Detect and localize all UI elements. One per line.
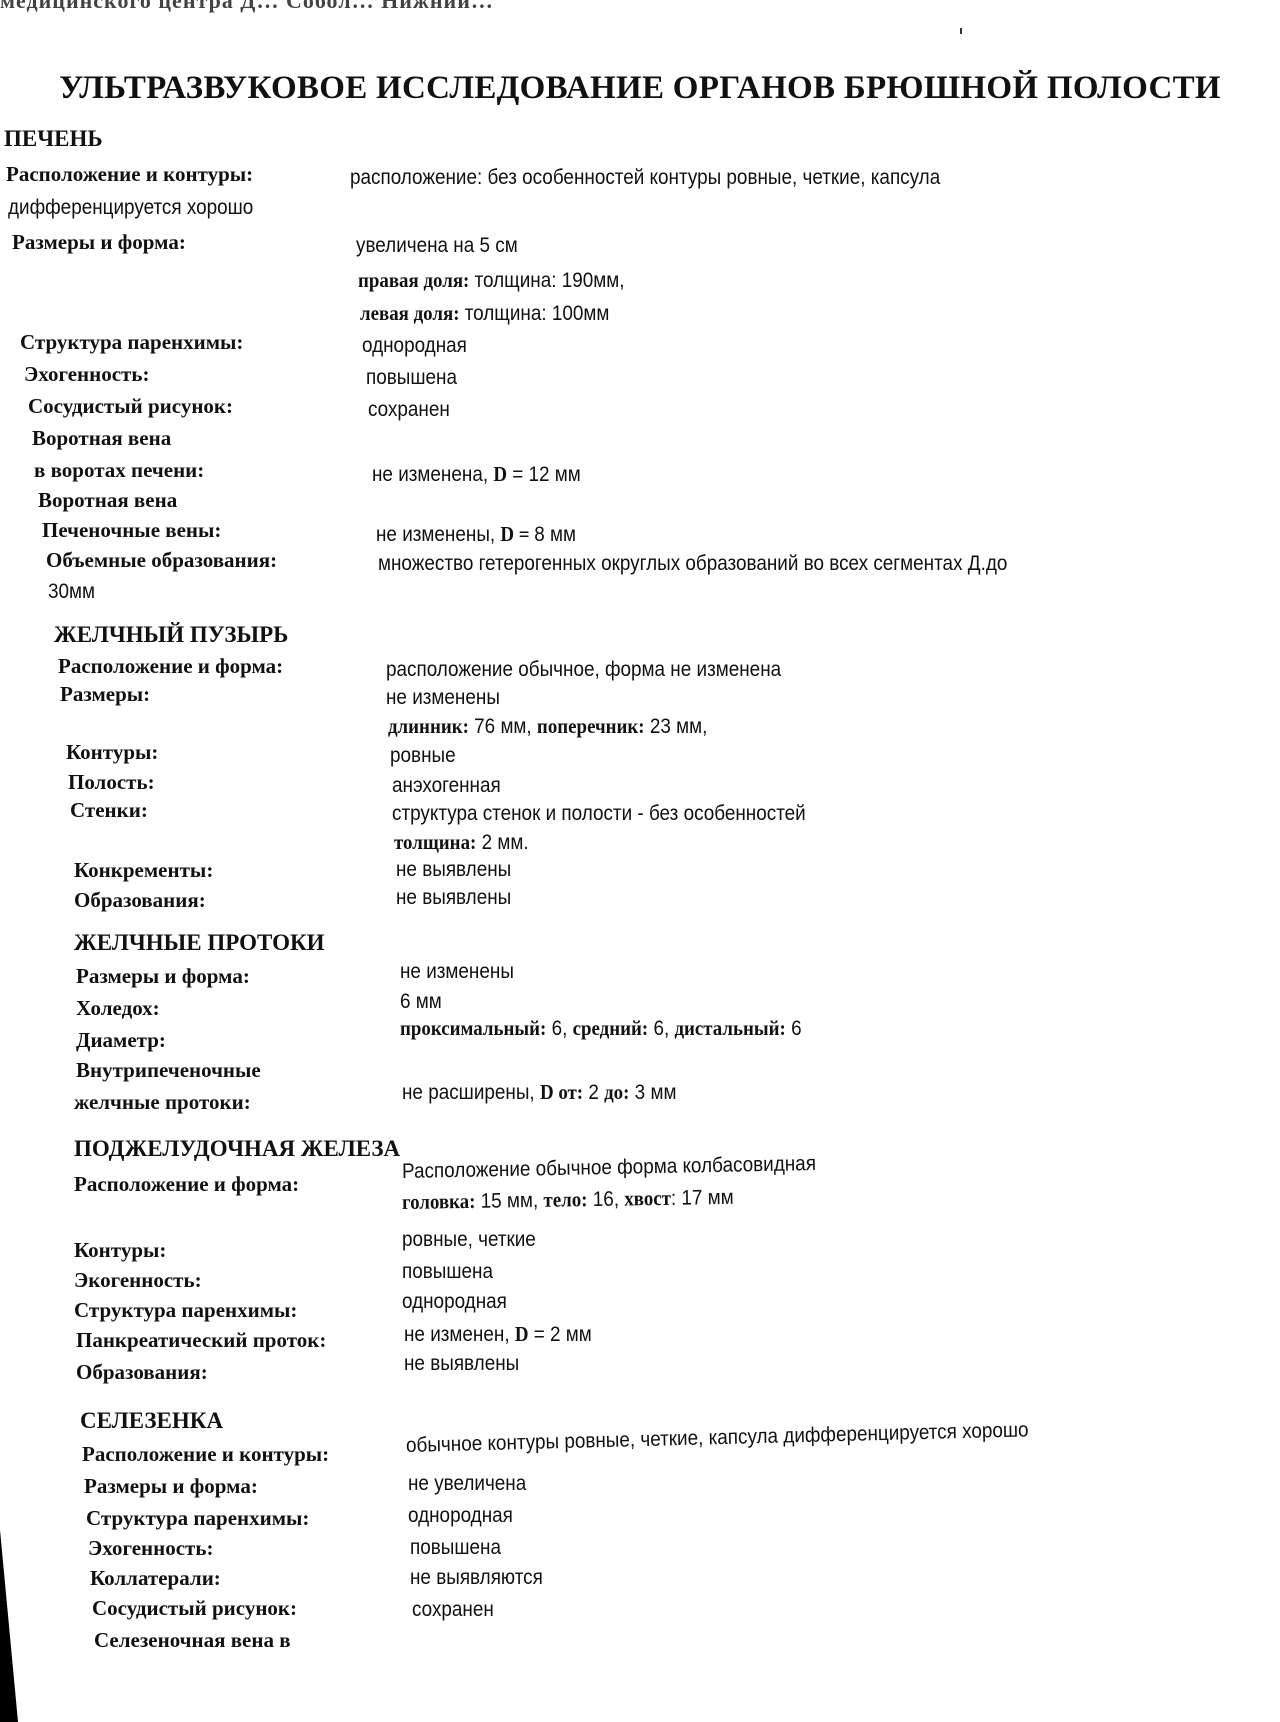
pancreas-echo-label: Экогенность: [74,1268,202,1293]
gb-stones-label: Конкременты: [74,858,213,883]
pancreas-tail-label: хвост [624,1186,671,1211]
liver-location-label: Расположение и контуры: [6,162,253,187]
gb-location-label: Расположение и форма: [58,654,283,679]
spleen-collaterals-value: не выявляются [410,1566,543,1590]
bd-dist-label: дистальный: [674,1016,785,1040]
gb-formations-label: Образования: [74,888,206,913]
spleen-location-label: Расположение и контуры: [82,1442,329,1467]
liver-echo-value: повышена [366,366,457,390]
bd-intra-value: не расширены, D от: 2 до: 3 мм [402,1080,676,1105]
bd-choledoch-label: Холедох: [76,996,160,1021]
pancreas-head-label: головка: [402,1189,476,1214]
bd-prox-value: 6, [546,1017,572,1040]
liver-mass-value: множество гетерогенных округлых образова… [378,552,1007,576]
gb-location-value: расположение обычное, форма не изменена [386,658,781,682]
spleen-vascular-value: сохранен [412,1598,494,1622]
pancreas-echo-value: повышена [402,1260,493,1284]
liver-portal2-label: Воротная вена [38,488,177,513]
pancreas-sizes: головка: 15 мм, тело: 16, хвост: 17 мм [402,1185,734,1215]
bd-mid-value: 6, [648,1017,674,1040]
pancreas-formations-value: не выявлены [404,1352,519,1376]
liver-mass-label: Объемные образования: [46,548,277,573]
bd-diameter-value: проксимальный: 6, средний: 6, дистальный… [400,1016,802,1041]
liver-echo-label: Эхогенность: [24,362,149,387]
liver-hepatic-d: D = [500,522,534,546]
liver-left-lobe-value: толщина: 100мм [459,302,609,325]
bd-intra-text: не расширены, [402,1081,540,1104]
gb-length-value: 76 мм, [469,715,537,738]
bd-intra-to-value: 3 мм [629,1081,676,1104]
gb-contour-value: ровные [390,744,456,768]
pancreas-structure-label: Структура паренхимы: [74,1298,297,1323]
pancreas-body-value: 16, [587,1188,624,1212]
gb-width-value: 23 мм, [645,715,708,738]
spleen-echo-value: повышена [410,1536,501,1560]
spleen-size-value: не увеличена [408,1472,526,1496]
liver-location-value: расположение: без особенностей контуры р… [350,166,940,190]
spleen-echo-label: Эхогенность: [88,1536,213,1561]
liver-left-lobe-label: левая доля: [360,301,459,325]
bd-choledoch-value: 6 мм [400,990,442,1014]
pancreas-duct-text: не изменен, [404,1323,515,1346]
bd-mid-label: средний: [573,1016,649,1040]
section-heading-gallbladder: ЖЕЛЧНЫЙ ПУЗЫРЬ [54,622,288,648]
liver-mass-value-cont: 30мм [48,580,95,604]
bd-intra-label-2: желчные протоки: [74,1090,251,1115]
liver-structure-label: Структура паренхимы: [20,330,243,355]
section-heading-pancreas: ПОДЖЕЛУДОЧНАЯ ЖЕЛЕЗА [74,1136,400,1162]
bd-intra-from-value: 2 [583,1081,604,1104]
pancreas-structure-value: однородная [402,1290,507,1314]
pancreas-location-label: Расположение и форма: [74,1172,299,1197]
gb-formations-value: не выявлены [396,886,511,910]
liver-portal-value-text: не изменена, [372,463,493,486]
liver-size-value: увеличена на 5 см [356,234,518,258]
liver-hepatic-label: Печеночные вены: [42,518,221,543]
liver-vascular-value: сохранен [368,398,450,422]
spleen-collaterals-label: Коллатерали: [90,1566,221,1591]
pancreas-body-label: тело: [543,1187,587,1212]
bd-diameter-label: Диаметр: [76,1028,166,1053]
gb-thickness-value: 2 мм. [476,831,528,854]
pancreas-head-value: 15 мм, [475,1189,543,1213]
liver-hepatic-text: не изменены, [376,523,500,546]
pancreas-duct-label: Панкреатический проток: [76,1328,326,1353]
spleen-splenic-vein-label: Селезеночная вена в [94,1628,291,1653]
pancreas-contour-label: Контуры: [74,1238,166,1263]
bd-intra-label-1: Внутрипеченочные [76,1058,261,1083]
liver-left-lobe: левая доля: толщина: 100мм [360,301,609,326]
section-heading-spleen: СЕЛЕЗЕНКА [80,1408,223,1434]
spleen-location-value: обычное контуры ровные, четкие, капсула … [406,1418,1029,1458]
gb-stones-value: не выявлены [396,858,511,882]
pancreas-duct-value: не изменен, D = 2 мм [404,1322,592,1347]
spleen-structure-value: однородная [408,1504,513,1528]
liver-portal-value: не изменена, D = 12 мм [372,462,581,487]
liver-right-lobe-label: правая доля: [358,268,469,292]
gb-contour-label: Контуры: [66,740,158,765]
gb-size-value: не изменены [386,686,500,710]
bd-intra-to-label: до: [604,1080,629,1104]
liver-location-value-cont: дифференцируется хорошо [8,196,253,220]
bd-prox-label: проксимальный: [400,1016,546,1040]
bd-size-label: Размеры и форма: [76,964,250,989]
gb-cavity-value: анэхогенная [392,774,501,798]
liver-vascular-label: Сосудистый рисунок: [28,394,233,419]
scan-speck [960,28,962,34]
gb-cavity-label: Полость: [68,770,155,795]
liver-structure-value: однородная [362,334,467,358]
pancreas-location-value: Расположение обычное форма колбасовидная [402,1152,816,1184]
gb-wall-value: структура стенок и полости - без особенн… [392,802,806,826]
gb-size-label: Размеры: [60,682,150,707]
cropped-header-line: медицинского центра Д… Собол… Нижний… [0,0,494,14]
liver-right-lobe-value: толщина: 190мм, [469,269,624,292]
gb-thickness: толщина: 2 мм. [394,830,529,855]
gb-wall-label: Стенки: [70,798,148,823]
section-heading-liver: ПЕЧЕНЬ [4,126,103,152]
scan-edge-shadow [0,1530,18,1722]
liver-portal-d: D [493,462,507,486]
liver-right-lobe: правая доля: толщина: 190мм, [358,268,624,293]
gb-thickness-label: толщина: [394,830,476,854]
liver-portal-mm: = 12 мм [507,463,581,486]
liver-portal-label-1: Воротная вена [32,426,171,451]
bd-size-value: не изменены [400,960,514,984]
bd-intra-from-label: D от: [540,1080,583,1104]
liver-hepatic-value: не изменены, D = 8 мм [376,522,576,547]
document-title: УЛЬТРАЗВУКОВОЕ ИССЛЕДОВАНИЕ ОРГАНОВ БРЮШ… [0,70,1280,107]
liver-size-label: Размеры и форма: [12,230,186,255]
pancreas-tail-value: : 17 мм [671,1186,734,1210]
spleen-size-label: Размеры и форма: [84,1474,258,1499]
spleen-vascular-label: Сосудистый рисунок: [92,1596,297,1621]
liver-hepatic-mm: 8 мм [534,523,576,546]
pancreas-formations-label: Образования: [76,1360,208,1385]
liver-portal-label-2: в воротах печени: [34,458,204,483]
bd-dist-value: 6 [786,1017,802,1040]
spleen-structure-label: Структура паренхимы: [86,1506,309,1531]
pancreas-contour-value: ровные, четкие [402,1228,536,1252]
gb-dimensions: длинник: 76 мм, поперечник: 23 мм, [388,714,707,739]
pancreas-duct-d: D [515,1322,529,1346]
pancreas-duct-mm: = 2 мм [528,1323,591,1346]
gb-width-label: поперечник: [537,714,645,738]
gb-length-label: длинник: [388,714,469,738]
section-heading-bile-ducts: ЖЕЛЧНЫЕ ПРОТОКИ [74,930,325,956]
